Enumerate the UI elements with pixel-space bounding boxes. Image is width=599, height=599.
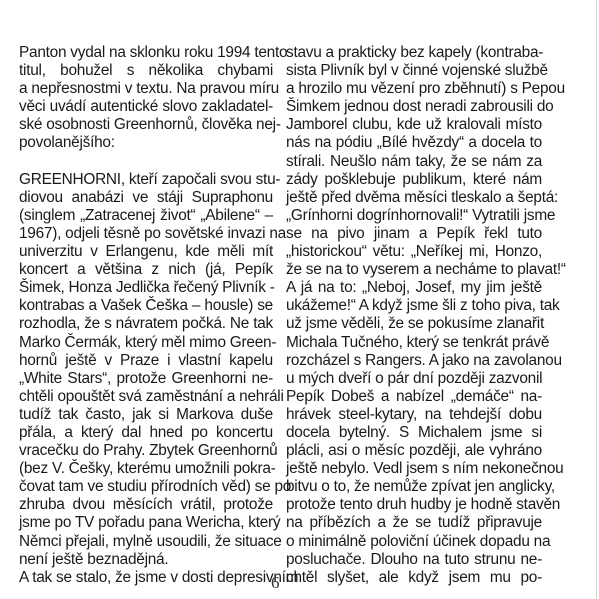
text-line: protože tento druh hudby je hodně stavěn: [286, 496, 542, 514]
text-line: zhruba dvou měsících vrátil, protože: [19, 496, 273, 514]
text-line: o minimálně poloviční účinek dopadu na: [286, 533, 542, 551]
text-line: jsme po TV pořadu pana Wericha, který: [19, 514, 273, 532]
text-line: docela bytelný. S Michalem jsme si: [286, 424, 542, 442]
page-edge-line: [596, 0, 597, 599]
text-line: rozcházel s Rangers. A jako na zavolanou: [286, 352, 542, 370]
text-line: hrávek steel-kytary, na tehdejší dobu: [286, 406, 542, 424]
text-line: Marko Čermák, který měl mimo Green-: [19, 334, 273, 352]
text-line: bitvu o to, že nemůže zpívat jen anglick…: [286, 478, 542, 496]
text-line: Šimek, Honza Jedlička řečený Plivník -: [19, 279, 273, 297]
text-line: 1967), odjeli těsně po sovětské invazi n…: [19, 225, 273, 243]
right-column: stavu a prakticky bez kapely (kontraba- …: [286, 44, 542, 587]
text-line: rozhodla, že s návratem počká. Ne tak: [19, 315, 273, 333]
text-line: koncert a většina z nich (já, Pepík: [19, 261, 273, 279]
paragraph-greenhorni: GREENHORNI, kteří započali svou stu- dio…: [19, 171, 273, 569]
text-line: ské osobnosti Greenhornů, člověka nej-: [19, 116, 273, 134]
text-line: Šimkem jednou dost neradi zabrousili do: [286, 98, 542, 116]
page-number: 6: [271, 573, 280, 593]
text-line: titul, bohužel s několika chybami: [19, 62, 273, 80]
text-line: věci uvádí autentické slovo zakladatel-: [19, 98, 273, 116]
text-line: není ještě beznadějná.: [19, 551, 273, 569]
text-line: A tak se stalo, že jsme v dosti depresiv…: [19, 569, 273, 587]
text-line: kontrabas a Vašek Češka – housle) se: [19, 297, 273, 315]
text-line: nás na pódiu „Bílé hvězdy“ a docela to: [286, 134, 542, 152]
text-line: plácli, asi o měsíc později, ale vyhráno: [286, 442, 542, 460]
text-line: a hrozilo mu vězení pro zběhnutí) s Pepo…: [286, 80, 542, 98]
text-line: vracečku do Prahy. Zbytek Greenhornů: [19, 442, 273, 460]
text-line: už jsme věděli, že se pokusíme zlanařit: [286, 315, 542, 333]
text-line: diovou anabázi ve stáji Supraphonu: [19, 189, 273, 207]
text-line: stírali. Neušlo nám taky, že se nám za: [286, 153, 542, 171]
text-line: „historickou“ větu: „Neříkej mi, Honzo,: [286, 243, 542, 261]
text-line: univerzitu v Erlangenu, kde měli mít: [19, 243, 273, 261]
text-line: zády pošklebuje publikum, které nám: [286, 171, 542, 189]
text-line: přála, a který dal hned po koncertu: [19, 424, 273, 442]
text-line: chtěli opouštět svá zaměstnání a nehráli: [19, 388, 273, 406]
text-line: ještě před dvěma měsíci tleskalo a šeptá…: [286, 189, 542, 207]
text-line: A já na to: „Neboj, Josef, my jim ještě: [286, 279, 542, 297]
text-line: ukážeme!“ A když jsme šli z toho piva, t…: [286, 297, 542, 315]
text-line: tudíž tak často, jak si Markova duše: [19, 406, 273, 424]
text-line: čovat tam ve studiu přírodních věd) se p…: [19, 478, 273, 496]
text-line: (bez V. Češky, kterému umožnili pokra-: [19, 460, 273, 478]
text-line: stavu a prakticky bez kapely (kontraba-: [286, 44, 542, 62]
text-line: Michala Tučného, který se tenkrát právě: [286, 334, 542, 352]
text-line: u mých dveří o pár dní později zazvonil: [286, 370, 542, 388]
text-line: posluchače. Dlouho na tuto strunu ne-: [286, 551, 542, 569]
text-line: „White Stars“, protože Greenhorni ne-: [19, 370, 273, 388]
text-line: ještě nebylo. Vedl jsem s ním nekonečnou: [286, 460, 542, 478]
text-line: povolanějšího:: [19, 134, 273, 152]
paragraph-a-tak: A tak se stalo, že jsme v dosti depresiv…: [19, 569, 273, 587]
paragraph-intro: Panton vydal na sklonku roku 1994 tento …: [19, 44, 273, 153]
text-line: chtěl slyšet, ale když jsem mu po-: [286, 569, 542, 587]
text-line: a nepřesnostmi v textu. Na pravou míru: [19, 80, 273, 98]
text-line: Jamborel clubu, kde už kralovali místo: [286, 116, 542, 134]
paragraph-spacer: [19, 153, 273, 171]
text-line: sista Plivník byl v činné vojenské služb…: [286, 62, 542, 80]
text-line: hornů ještě v Praze i vlastní kapelu: [19, 352, 273, 370]
text-line: „Grínhorni dogrínhornovali!“ Vytratili j…: [286, 207, 542, 225]
text-line: Panton vydal na sklonku roku 1994 tento: [19, 44, 273, 62]
left-column: Panton vydal na sklonku roku 1994 tento …: [19, 44, 273, 587]
text-line: že se na to vyserem a necháme to plavat!…: [286, 261, 542, 279]
text-line: se na pivo jinam a Pepík řekl tuto: [286, 225, 542, 243]
text-line: GREENHORNI, kteří započali svou stu-: [19, 171, 273, 189]
text-line: na příbězích a že se tudíž připravuje: [286, 514, 542, 532]
text-line: (singlem „Zatracenej život“ „Abilene“ –: [19, 207, 273, 225]
text-line: Pepík Dobeš a nabízel „demáče“ na-: [286, 388, 542, 406]
text-line: Němci přejali, mylně usoudili, že situac…: [19, 533, 273, 551]
